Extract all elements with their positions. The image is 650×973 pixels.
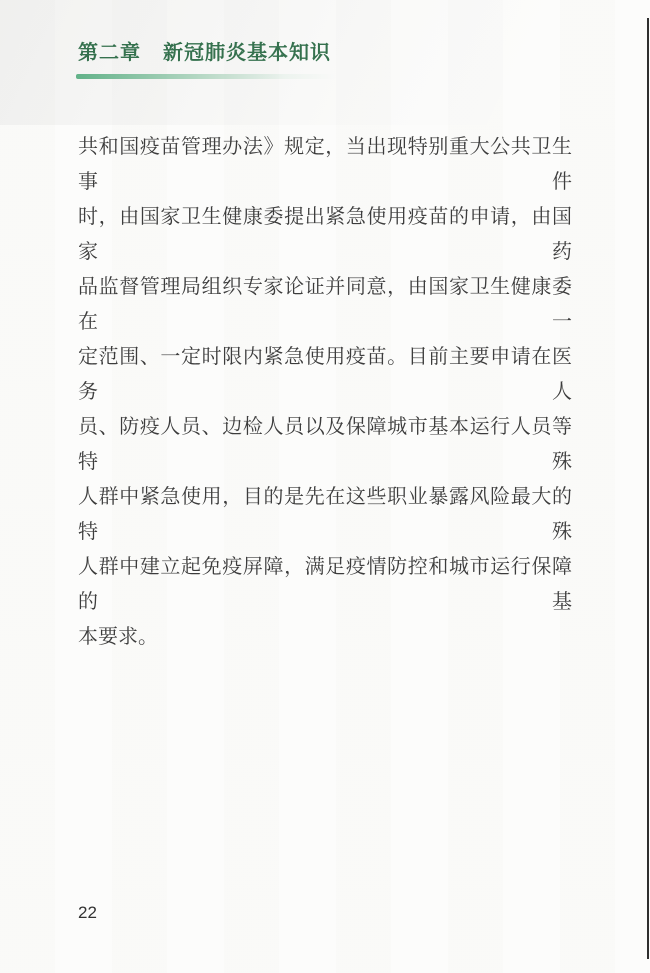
paragraph-line: 定范围、一定时限内紧急使用疫苗。目前主要申请在医务人: [78, 340, 572, 410]
chapter-number: 第二章: [78, 42, 141, 64]
paragraph-line: 人群中建立起免疫屏障，满足疫情防控和城市运行保障的基: [78, 550, 572, 620]
paragraph-line: 员、防疫人员、边检人员以及保障城市基本运行人员等特殊: [78, 410, 572, 480]
scan-edge-line: [647, 18, 649, 959]
body-paragraph: 共和国疫苗管理办法》规定，当出现特别重大公共卫生事件 时，由国家卫生健康委提出紧…: [78, 130, 572, 655]
paragraph-line: 品监督管理局组织专家论证并同意，由国家卫生健康委在一: [78, 270, 572, 340]
chapter-underline-rule: [76, 74, 336, 79]
document-page: 第二章新冠肺炎基本知识 共和国疫苗管理办法》规定，当出现特别重大公共卫生事件 时…: [0, 0, 650, 973]
paragraph-line: 本要求。: [78, 620, 572, 655]
chapter-title: 新冠肺炎基本知识: [163, 42, 331, 64]
paragraph-line: 人群中紧急使用，目的是先在这些职业暴露风险最大的特殊: [78, 480, 572, 550]
page-number: 22: [78, 903, 97, 923]
paragraph-line: 共和国疫苗管理办法》规定，当出现特别重大公共卫生事件: [78, 130, 572, 200]
chapter-header: 第二章新冠肺炎基本知识: [78, 36, 331, 65]
paragraph-line: 时，由国家卫生健康委提出紧急使用疫苗的申请，由国家药: [78, 200, 572, 270]
